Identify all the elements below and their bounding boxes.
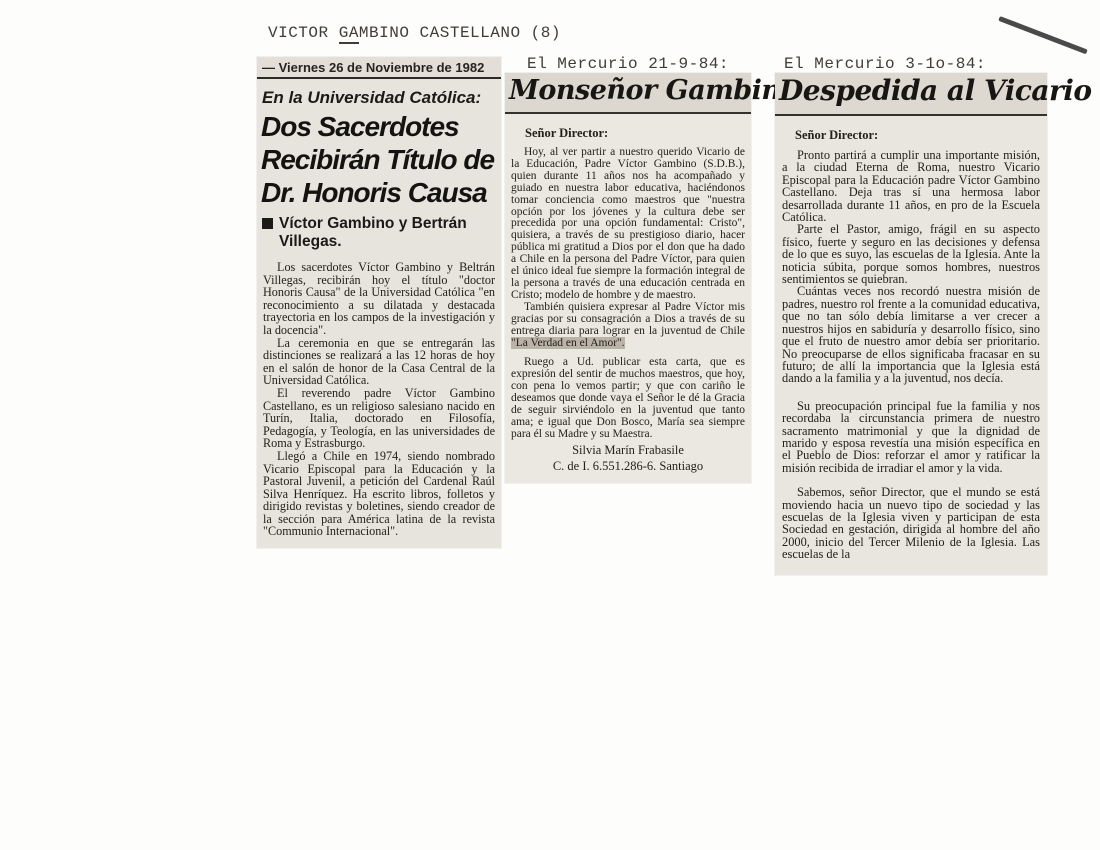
- article-paragraph: La ceremonia en que se entregarán las di…: [263, 337, 495, 387]
- letter-paragraph: También quisiera expresar al Padre Vícto…: [511, 302, 745, 350]
- article-date: — Viernes 26 de Noviembre de 1982: [257, 57, 501, 79]
- letter-body: Hoy, al ver partir a nuestro querido Vic…: [505, 147, 751, 441]
- letter-paragraph: Pronto partirá a cumplir una importante …: [782, 149, 1040, 223]
- letter-headline-strip: Monseñor Gambino: [505, 73, 751, 114]
- highlighted-phrase: "La Verdad en el Amor".: [511, 337, 625, 349]
- salutation: Señor Director:: [781, 128, 1041, 143]
- left-newspaper-clipping: — Viernes 26 de Noviembre de 1982 En la …: [257, 57, 501, 548]
- salutation: Señor Director:: [511, 126, 745, 141]
- letter-paragraph: Hoy, al ver partir a nuestro querido Vic…: [511, 147, 745, 302]
- headline-line-1: Dos Sacerdotes: [261, 110, 499, 143]
- article-body: Los sacerdotes Víctor Gambino y Beltrán …: [257, 259, 501, 538]
- article-paragraph: El reverendo padre Víctor Gambino Castel…: [263, 387, 495, 450]
- letter-paragraph: Parte el Pastor, amigo, frágil en su asp…: [782, 223, 1040, 285]
- headline-line-2: Recibirán Título de: [261, 143, 499, 176]
- letter-paragraph: Ruego a Ud. publicar esta carta, que es …: [511, 357, 745, 440]
- article-paragraph: Llegó a Chile en 1974, siendo nombrado V…: [263, 450, 495, 538]
- letter-paragraph: Cuántas veces nos recordó nuestra misión…: [782, 285, 1040, 384]
- middle-newspaper-clipping: Monseñor Gambino Señor Director: Hoy, al…: [505, 73, 751, 483]
- right-source-label: El Mercurio 3-1o-84:: [784, 55, 986, 73]
- letter-headline: Despedida al Vicario: [779, 75, 1042, 107]
- headline-line-3: Dr. Honoris Causa: [261, 176, 499, 209]
- article-paragraph: Los sacerdotes Víctor Gambino y Beltrán …: [263, 261, 495, 337]
- diagonal-scan-mark: [998, 16, 1088, 54]
- letter-paragraph: Sabemos, señor Director, que el mundo se…: [782, 486, 1040, 560]
- letter-headline-strip: Despedida al Vicario: [775, 73, 1047, 116]
- scan-page-title-part1: VICTOR: [268, 24, 339, 42]
- middle-source-label: El Mercurio 21-9-84:: [527, 55, 729, 73]
- scan-page-title-part3: MBINO CASTELLANO (8): [359, 24, 561, 42]
- article-subhead-text: Víctor Gambino y Bertrán Villegas.: [279, 215, 495, 251]
- square-bullet-icon: [262, 218, 273, 229]
- scan-page-title-underlined: GA: [339, 24, 359, 44]
- right-newspaper-clipping: Despedida al Vicario Señor Director: Pro…: [775, 73, 1047, 575]
- letter-paragraph-text: También quisiera expresar al Padre Vícto…: [511, 301, 745, 337]
- article-headline: Dos Sacerdotes Recibirán Título de Dr. H…: [261, 110, 499, 209]
- article-kicker: En la Universidad Católica:: [262, 88, 497, 108]
- article-subhead: Víctor Gambino y Bertrán Villegas.: [262, 215, 495, 251]
- scan-page-title: VICTOR GAMBINO CASTELLANO (8): [268, 24, 561, 42]
- signature-name: Silvia Marín Frabasile: [505, 443, 751, 457]
- letter-paragraph: Su preocupación principal fue la familia…: [782, 400, 1040, 474]
- signature-id: C. de I. 6.551.286-6. Santiago: [505, 459, 751, 473]
- letter-body: Pronto partirá a cumplir una importante …: [775, 149, 1047, 561]
- letter-headline: Monseñor Gambino: [509, 76, 746, 106]
